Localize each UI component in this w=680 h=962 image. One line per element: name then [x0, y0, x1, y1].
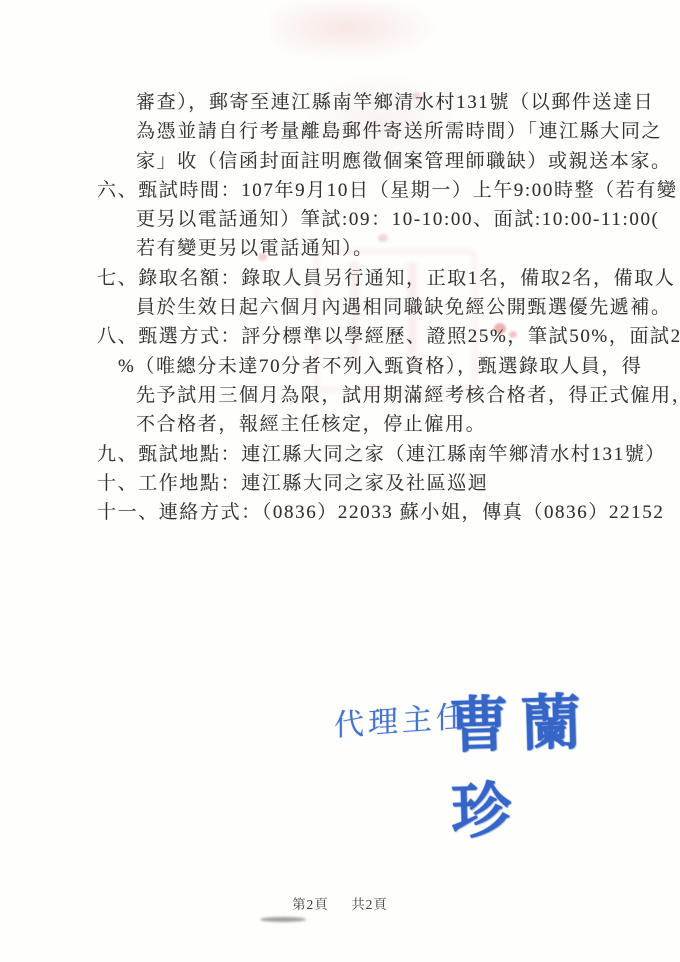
doc-line: 若有變更另以電話通知）。	[97, 234, 642, 263]
doc-line-item-8: 八、甄選方式：評分標準以學經歷、證照25%，筆試50%，面試25	[97, 322, 642, 351]
doc-line-item-9: 九、甄試地點：連江縣大同之家（連江縣南竿鄉清水村131號）	[97, 440, 642, 469]
document-text-block: 審查），郵寄至連江縣南竿鄉清水村131號（以郵件送達日 為憑並請自行考量離島郵件…	[97, 88, 642, 527]
doc-line: 家」收（信函封面註明應徵個案管理師職缺）或親送本家。	[97, 147, 642, 176]
scan-smudge	[260, 917, 306, 922]
doc-line-item-6: 六、甄試時間：107年9月10日（星期一）上午9:00時整（若有變	[97, 176, 642, 205]
red-stamp-residue-top	[270, 0, 440, 62]
page-total: 共2頁	[351, 897, 388, 912]
doc-line: %（唯總分未達70分者不列入甄資格），甄選錄取人員，得	[97, 352, 642, 381]
signature-stamp: 代理主任 曹蘭珍	[334, 676, 654, 776]
doc-line: 審查），郵寄至連江縣南竿鄉清水村131號（以郵件送達日	[97, 88, 642, 117]
doc-line-item-7: 七、錄取名額：錄取人員另行通知，正取1名，備取2名，備取人	[97, 264, 642, 293]
doc-line: 更另以電話通知）筆試:09：10-10:00、面試:10:00-11:00(	[97, 205, 642, 234]
page-number: 第2頁	[292, 897, 329, 912]
doc-line-item-10: 十、工作地點：連江縣大同之家及社區巡迴	[97, 469, 642, 498]
doc-line: 為憑並請自行考量離島郵件寄送所需時間）「連江縣大同之	[97, 117, 642, 146]
doc-line: 員於生效日起六個月內遇相同職缺免經公開甄選優先遞補。	[97, 293, 642, 322]
doc-line-item-11: 十一、連絡方式：（0836）22033 蘇小姐，傳真（0836）22152	[97, 498, 642, 527]
page-footer: 第2頁 共2頁	[0, 893, 680, 913]
signature-name-seal: 曹蘭珍	[448, 673, 656, 850]
doc-line: 先予試用三個月為限，試用期滿經考核合格者，得正式僱用，	[97, 381, 642, 410]
scanned-document-page: 審查），郵寄至連江縣南竿鄉清水村131號（以郵件送達日 為憑並請自行考量離島郵件…	[0, 0, 680, 962]
doc-line: 不合格者，報經主任核定，停止僱用。	[97, 410, 642, 439]
